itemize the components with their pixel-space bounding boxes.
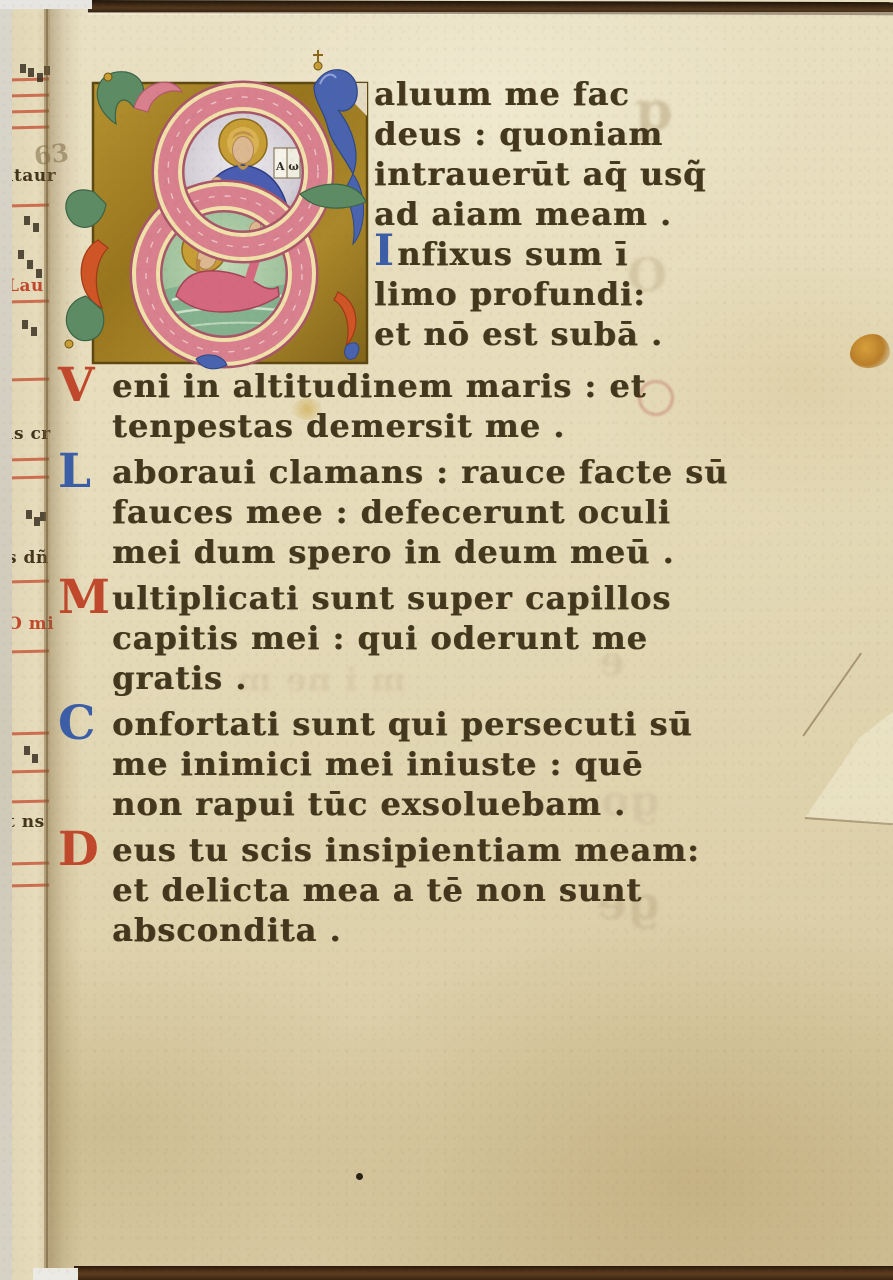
neume-mark <box>32 754 38 763</box>
face-god <box>233 137 254 164</box>
text-line: Infixus sum ī <box>374 234 714 274</box>
text-line: gratis . <box>112 658 718 698</box>
text-line: abscondita . <box>112 910 718 950</box>
staff-line <box>7 458 49 462</box>
verse: Veni in altitudinem maris : ettenpestas … <box>58 366 718 446</box>
text-line: ultiplicati sunt super capillos <box>112 578 718 618</box>
gold-ball <box>314 62 322 70</box>
line-text: nfixus sum ī <box>397 235 628 273</box>
scan-background-bottom-left <box>33 1268 78 1280</box>
illuminated-initial-s: A ω <box>56 44 378 378</box>
versal-initial: D <box>58 827 99 873</box>
neume-mark <box>33 223 39 232</box>
open-book: A ω <box>274 148 300 178</box>
gutter-text-fragment: Lau <box>7 276 44 296</box>
text-line: et delicta mea a tē non sunt <box>112 870 718 910</box>
text-line: intrauerūt aq̄ usq̃ <box>374 154 714 194</box>
verse: Deus tu scis insipientiam meam:et delict… <box>58 830 718 950</box>
page-top-edge-highlight <box>88 12 893 15</box>
text-line: aboraui clamans : rauce facte sū <box>112 452 718 492</box>
text-line: ad aiam meam . <box>374 194 714 234</box>
staff-line <box>7 862 49 866</box>
versal-initial: M <box>58 575 110 621</box>
book-bottom-edge <box>74 1266 893 1280</box>
text-line: non rapui tūc exsoluebam . <box>112 784 718 824</box>
cross-finial <box>313 50 323 62</box>
text-line: me inimici mei iniuste : quē <box>112 744 718 784</box>
neume-mark <box>27 260 33 269</box>
text-line: tenpestas demersit me . <box>112 406 718 446</box>
manuscript-page-scan: ltaurLauis crs dñO mit ns qOegogem i ne … <box>0 0 893 1280</box>
staff-line <box>7 204 49 208</box>
neume-mark <box>22 320 28 329</box>
text-line: onfortati sunt qui persecuti sū <box>112 704 718 744</box>
neume-mark <box>24 216 30 225</box>
staff-line <box>7 580 49 584</box>
versal-initial: L <box>58 449 91 495</box>
versal-initial: C <box>58 701 95 747</box>
patch-seam <box>802 653 861 737</box>
verse: Confortati sunt qui persecuti sūme inimi… <box>58 704 718 824</box>
wax-stain <box>850 334 890 368</box>
versal-initial: I <box>374 226 394 276</box>
staff-line <box>7 378 49 382</box>
verse: Multiplicati sunt super capilloscapitis … <box>58 578 718 698</box>
psalm-text-main: Veni in altitudinem maris : ettenpestas … <box>58 366 718 956</box>
gold-ball <box>65 340 73 348</box>
neume-mark <box>31 327 37 336</box>
psalm-text-beside-initial: aluum me facdeus : quoniamintrauerūt aq̄… <box>374 74 714 354</box>
text-line: deus : quoniam <box>374 114 714 154</box>
ink-dot <box>356 1173 363 1180</box>
staff-line <box>7 770 49 774</box>
text-line: eus tu scis insipientiam meam: <box>112 830 718 870</box>
text-line: eni in altitudinem maris : et <box>112 366 718 406</box>
neume-mark <box>18 250 24 259</box>
neume-mark <box>26 510 32 519</box>
text-line: limo profundi: <box>374 274 714 314</box>
gutter-text-fragment: t ns <box>7 812 45 832</box>
versal-initial: V <box>58 363 94 409</box>
text-line: et nō est subā . <box>374 314 714 354</box>
staff-line <box>7 650 49 654</box>
neume-mark <box>20 64 26 73</box>
verse: Laboraui clamans : rauce facte sūfauces … <box>58 452 718 572</box>
staff-line <box>7 732 49 736</box>
book-letters: A ω <box>275 160 299 173</box>
neume-mark <box>24 746 30 755</box>
staff-line <box>7 300 49 304</box>
neume-mark <box>28 68 34 77</box>
staff-line <box>7 476 49 480</box>
text-line: aluum me fac <box>374 74 714 114</box>
staff-line <box>7 94 49 98</box>
text-line: fauces mee : defecerunt oculi <box>112 492 718 532</box>
page-stack-edge <box>0 0 12 1280</box>
gold-ball <box>104 73 112 81</box>
neume-mark <box>37 73 43 82</box>
staff-line <box>7 126 49 130</box>
staff-line <box>7 110 49 114</box>
text-line: mei dum spero in deum meū . <box>112 532 718 572</box>
staff-line <box>7 800 49 804</box>
gutter-text-fragment: s dñ <box>7 548 49 568</box>
text-line: capitis mei : qui oderunt me <box>112 618 718 658</box>
scan-background-top-left <box>0 0 92 9</box>
staff-line <box>7 884 49 888</box>
